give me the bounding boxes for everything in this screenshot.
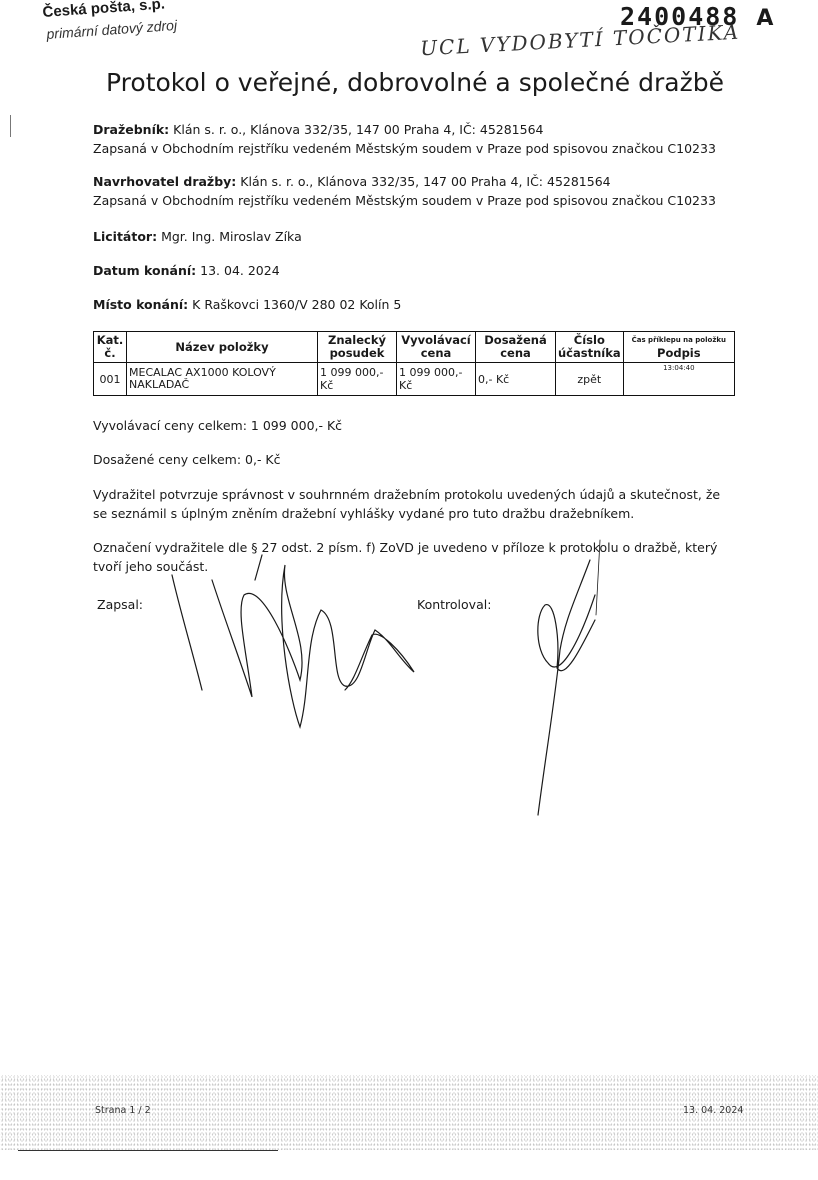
page-number: Strana 1 / 2 — [95, 1105, 151, 1116]
signature-recorded-icon — [172, 565, 414, 727]
footer-date: 13. 04. 2024 — [683, 1105, 743, 1116]
signature-checked-icon — [538, 560, 595, 815]
signature-strokes — [0, 0, 818, 1180]
footer-rule — [18, 1150, 278, 1151]
